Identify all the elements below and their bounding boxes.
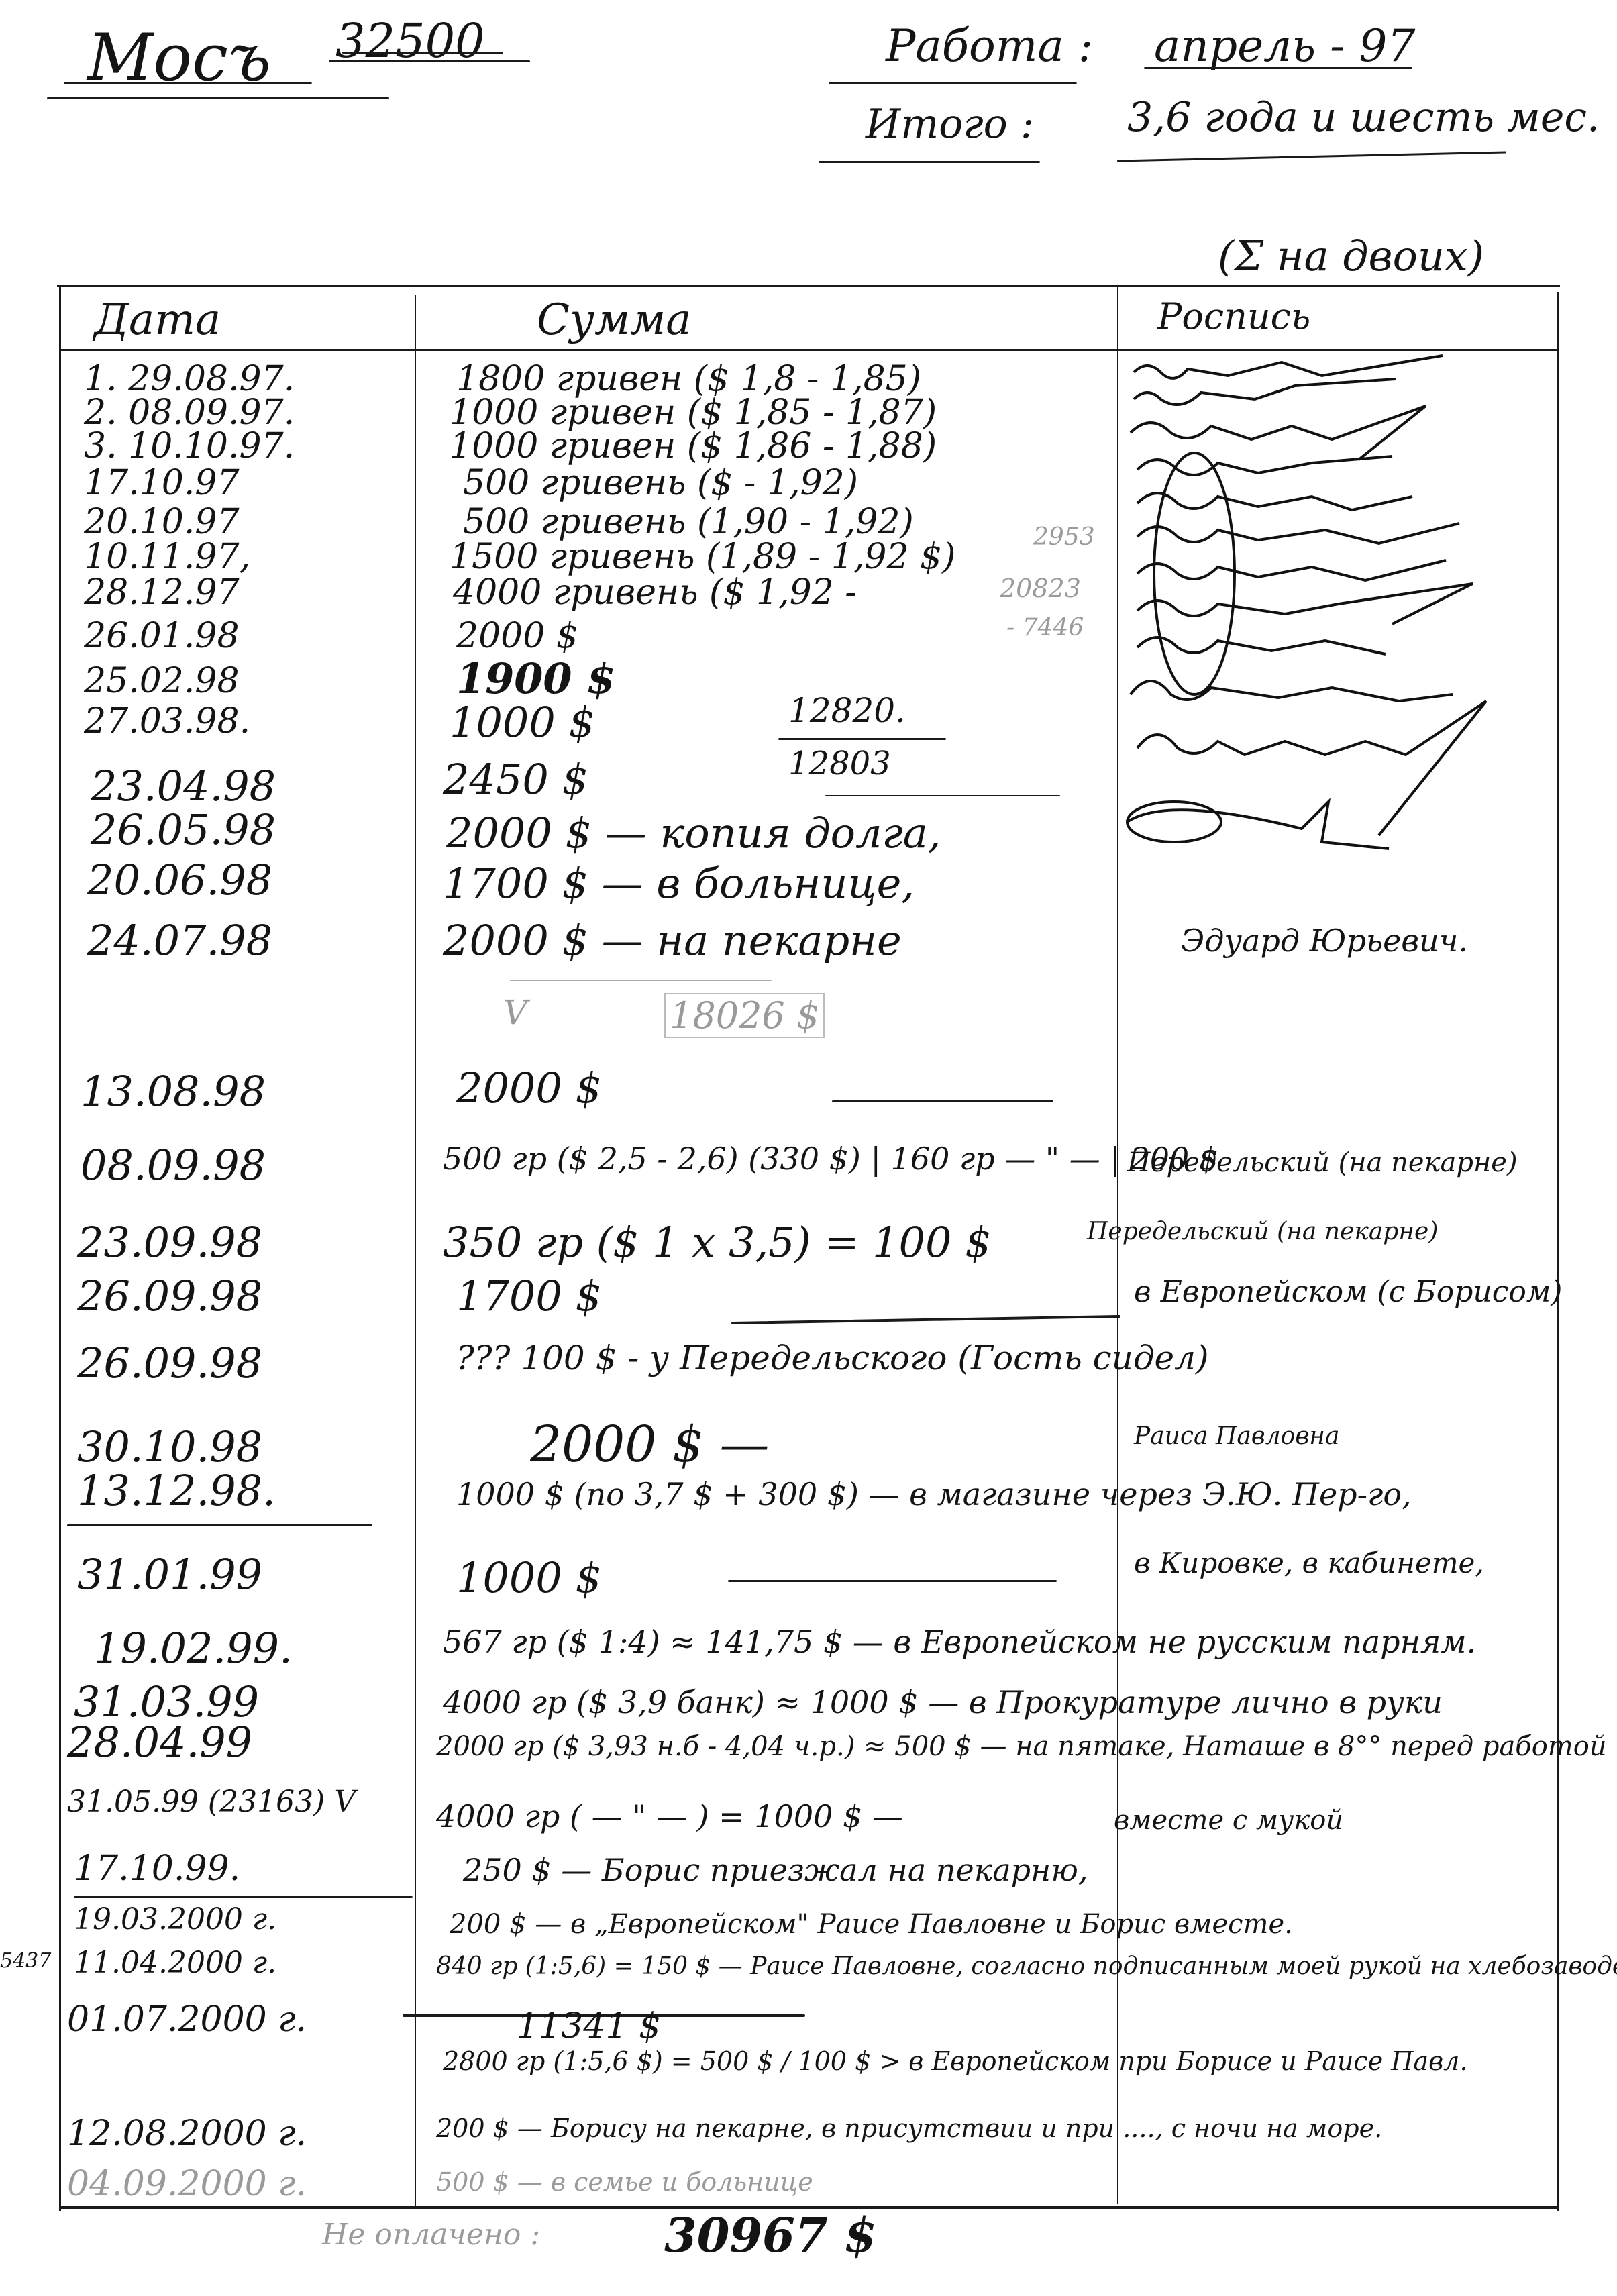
row-date: 11.04.2000 г. — [74, 1946, 276, 1980]
row-amount: 2000 $ — [456, 616, 578, 656]
row-date: 23.04.98 — [91, 762, 276, 811]
row-date: 17.10.97 — [84, 463, 240, 503]
work-label: Работа : — [886, 20, 1093, 72]
row-date: 01.07.2000 г. — [67, 1999, 307, 2040]
row-signature: в Европейском (с Борисом) — [1134, 1275, 1562, 1309]
row-amount: 500 гривень ($ - 1,92) — [463, 463, 858, 503]
row-date: 24.07.98 — [87, 916, 272, 965]
row-amount: 1000 $ — [450, 698, 595, 747]
row-date: 13.08.98 — [81, 1067, 266, 1116]
unpaid-value: 30967 $ — [664, 2207, 877, 2263]
arrow-line — [731, 1315, 1120, 1324]
row-signature: вместе с мукой — [1114, 1805, 1343, 1836]
row-amount: 2000 $ — на пекарне — [443, 916, 902, 965]
row-date: 3. 10.10.97. — [84, 426, 295, 466]
row-date: 19.02.99. — [94, 1624, 293, 1673]
row-amount: 2000 $ — [456, 1063, 602, 1112]
row-amount: 500 $ — в семье и больнице — [436, 2167, 813, 2197]
subtotal-3: 11341 $ — [517, 2006, 661, 2046]
column-divider — [415, 295, 416, 2207]
subtotal-top: 12820. — [788, 691, 906, 730]
row-amount: 200 $ — в „Европейском" Раисе Павловне и… — [450, 1909, 1293, 1940]
header-divider — [59, 349, 1558, 351]
divider — [728, 1580, 1057, 1582]
underline — [64, 82, 312, 84]
row-amount: 2800 гр (1:5,6 $) = 500 $ / 100 $ > в Ев… — [443, 2046, 1467, 2076]
row-amount: 2000 гр ($ 3,93 н.б - 4,04 ч.р.) ≈ 500 $… — [436, 1731, 1607, 1762]
section-divider — [67, 1524, 372, 1526]
work-value: апрель - 97 — [1154, 20, 1415, 72]
row-date: 12.08.2000 г. — [67, 2114, 307, 2154]
row-date: 10.11.97, — [84, 537, 250, 577]
column-header-signature: Роспись — [1157, 295, 1310, 337]
row-date: 08.09.98 — [81, 1141, 266, 1190]
row-amount: 1000 $ (по 3,7 $ + 300 $) — в магазине ч… — [456, 1476, 1412, 1512]
row-date: 26.01.98 — [84, 616, 240, 656]
row-date: 04.09.2000 г. — [67, 2164, 307, 2204]
row-amount: 840 гр (1:5,6) = 150 $ — Раисе Павловне,… — [436, 1952, 1617, 1980]
column-header-date: Дата — [94, 295, 221, 345]
row-amount: ??? 100 $ - у Передельского (Гость сидел… — [456, 1339, 1208, 1377]
row-amount: 2000 $ — копия долга, — [446, 808, 941, 857]
underline — [819, 161, 1040, 163]
row-date: 26.09.98 — [77, 1271, 262, 1320]
row-amount: 4000 гр ($ 3,9 банк) ≈ 1000 $ — в Прокур… — [443, 1684, 1443, 1720]
row-date: 28.12.97 — [84, 572, 240, 613]
subtotal-line — [778, 738, 946, 740]
table-top-border — [57, 285, 1560, 287]
row-date: 20.10.97 — [84, 502, 240, 542]
row-date: 30.10.98 — [77, 1422, 262, 1471]
row-date: 26.05.98 — [91, 805, 276, 854]
row-signature: Раиса Павловна — [1134, 1422, 1339, 1450]
row-date: 27.03.98. — [84, 701, 250, 741]
column-header-amount: Сумма — [537, 295, 691, 345]
row-amount: 250 $ — Борис приезжал на пекарню, — [463, 1852, 1088, 1888]
table-left-border — [59, 285, 61, 2211]
row-date: 31.01.99 — [77, 1550, 262, 1599]
row-date: 31.05.99 (23163) V — [67, 1785, 356, 1819]
row-amount: 500 гр ($ 2,5 - 2,6) (330 $) | 160 гр — … — [443, 1141, 1218, 1177]
split-note: (Σ на двоих) — [1218, 231, 1484, 280]
underline — [829, 82, 1077, 84]
row-amount: 1000 гривен ($ 1,86 - 1,88) — [450, 426, 937, 466]
table-right-border — [1557, 292, 1559, 2211]
underline — [1117, 151, 1506, 162]
margin-note: 20823 — [1000, 574, 1081, 603]
row-amount: 567 гр ($ 1:4) ≈ 141,75 $ — в Европейско… — [443, 1624, 1476, 1660]
margin-note: - 7446 — [1006, 614, 1084, 641]
row-signature: Передельский (на пекарне) — [1087, 1218, 1438, 1245]
subtotal-2: 18026 $ — [664, 993, 825, 1038]
row-signature: Эдуард Юрьевич. — [1181, 923, 1468, 959]
row-amount: 1700 $ — в больнице, — [443, 859, 915, 908]
row-amount: 1700 $ — [456, 1271, 602, 1320]
divider — [510, 980, 772, 981]
subtotal-bottom: 12803 — [788, 745, 891, 782]
underline — [329, 60, 530, 62]
row-date: 26.09.98 — [77, 1339, 262, 1388]
row-amount: 350 гр ($ 1 x 3,5) = 100 $ — [443, 1218, 992, 1267]
left-margin-note: 5437 — [0, 1949, 51, 1973]
row-date: 17.10.99. — [74, 1848, 240, 1889]
row-amount: 4000 гр ( — " — ) = 1000 $ — — [436, 1798, 903, 1834]
row-date: 20.06.98 — [87, 855, 272, 904]
unpaid-label: Не оплачено : — [322, 2217, 540, 2252]
name-label: Мосъ — [87, 20, 271, 95]
divider — [832, 1100, 1053, 1102]
row-date: 23.09.98 — [77, 1218, 262, 1267]
row-date: 28.04.99 — [67, 1718, 252, 1767]
margin-note: 2953 — [1033, 523, 1095, 551]
signature-scribbles-icon — [1120, 352, 1550, 889]
underline — [47, 97, 389, 99]
row-signature: Передельский (на пекарне) — [1127, 1147, 1518, 1178]
check-mark: V — [503, 993, 527, 1032]
row-date: 19.03.2000 г. — [74, 1902, 276, 1936]
row-date: 13.12.98. — [77, 1466, 276, 1515]
row-amount: 4000 гривень ($ 1,92 - — [453, 572, 857, 613]
section-divider — [74, 1896, 413, 1898]
row-amount: 500 гривень (1,90 - 1,92) — [463, 502, 914, 542]
total-value: 3,6 года и шесть мес. — [1127, 94, 1600, 141]
row-amount: 1900 $ — [456, 654, 615, 703]
row-amount: 1000 $ — [456, 1553, 602, 1602]
row-amount: 200 $ — Борису на пекарне, в присутствии… — [436, 2114, 1382, 2143]
underline — [1144, 67, 1412, 69]
underline — [342, 52, 503, 54]
row-date: 25.02.98 — [84, 661, 240, 701]
row-amount: 1500 гривень (1,89 - 1,92 $) — [450, 537, 955, 577]
divider — [825, 795, 1060, 796]
total-label: Итого : — [866, 101, 1034, 148]
row-amount: 2000 $ — — [530, 1416, 769, 1473]
row-amount: 2450 $ — [443, 755, 588, 804]
row-signature: в Кировке, в кабинете, — [1134, 1547, 1484, 1579]
